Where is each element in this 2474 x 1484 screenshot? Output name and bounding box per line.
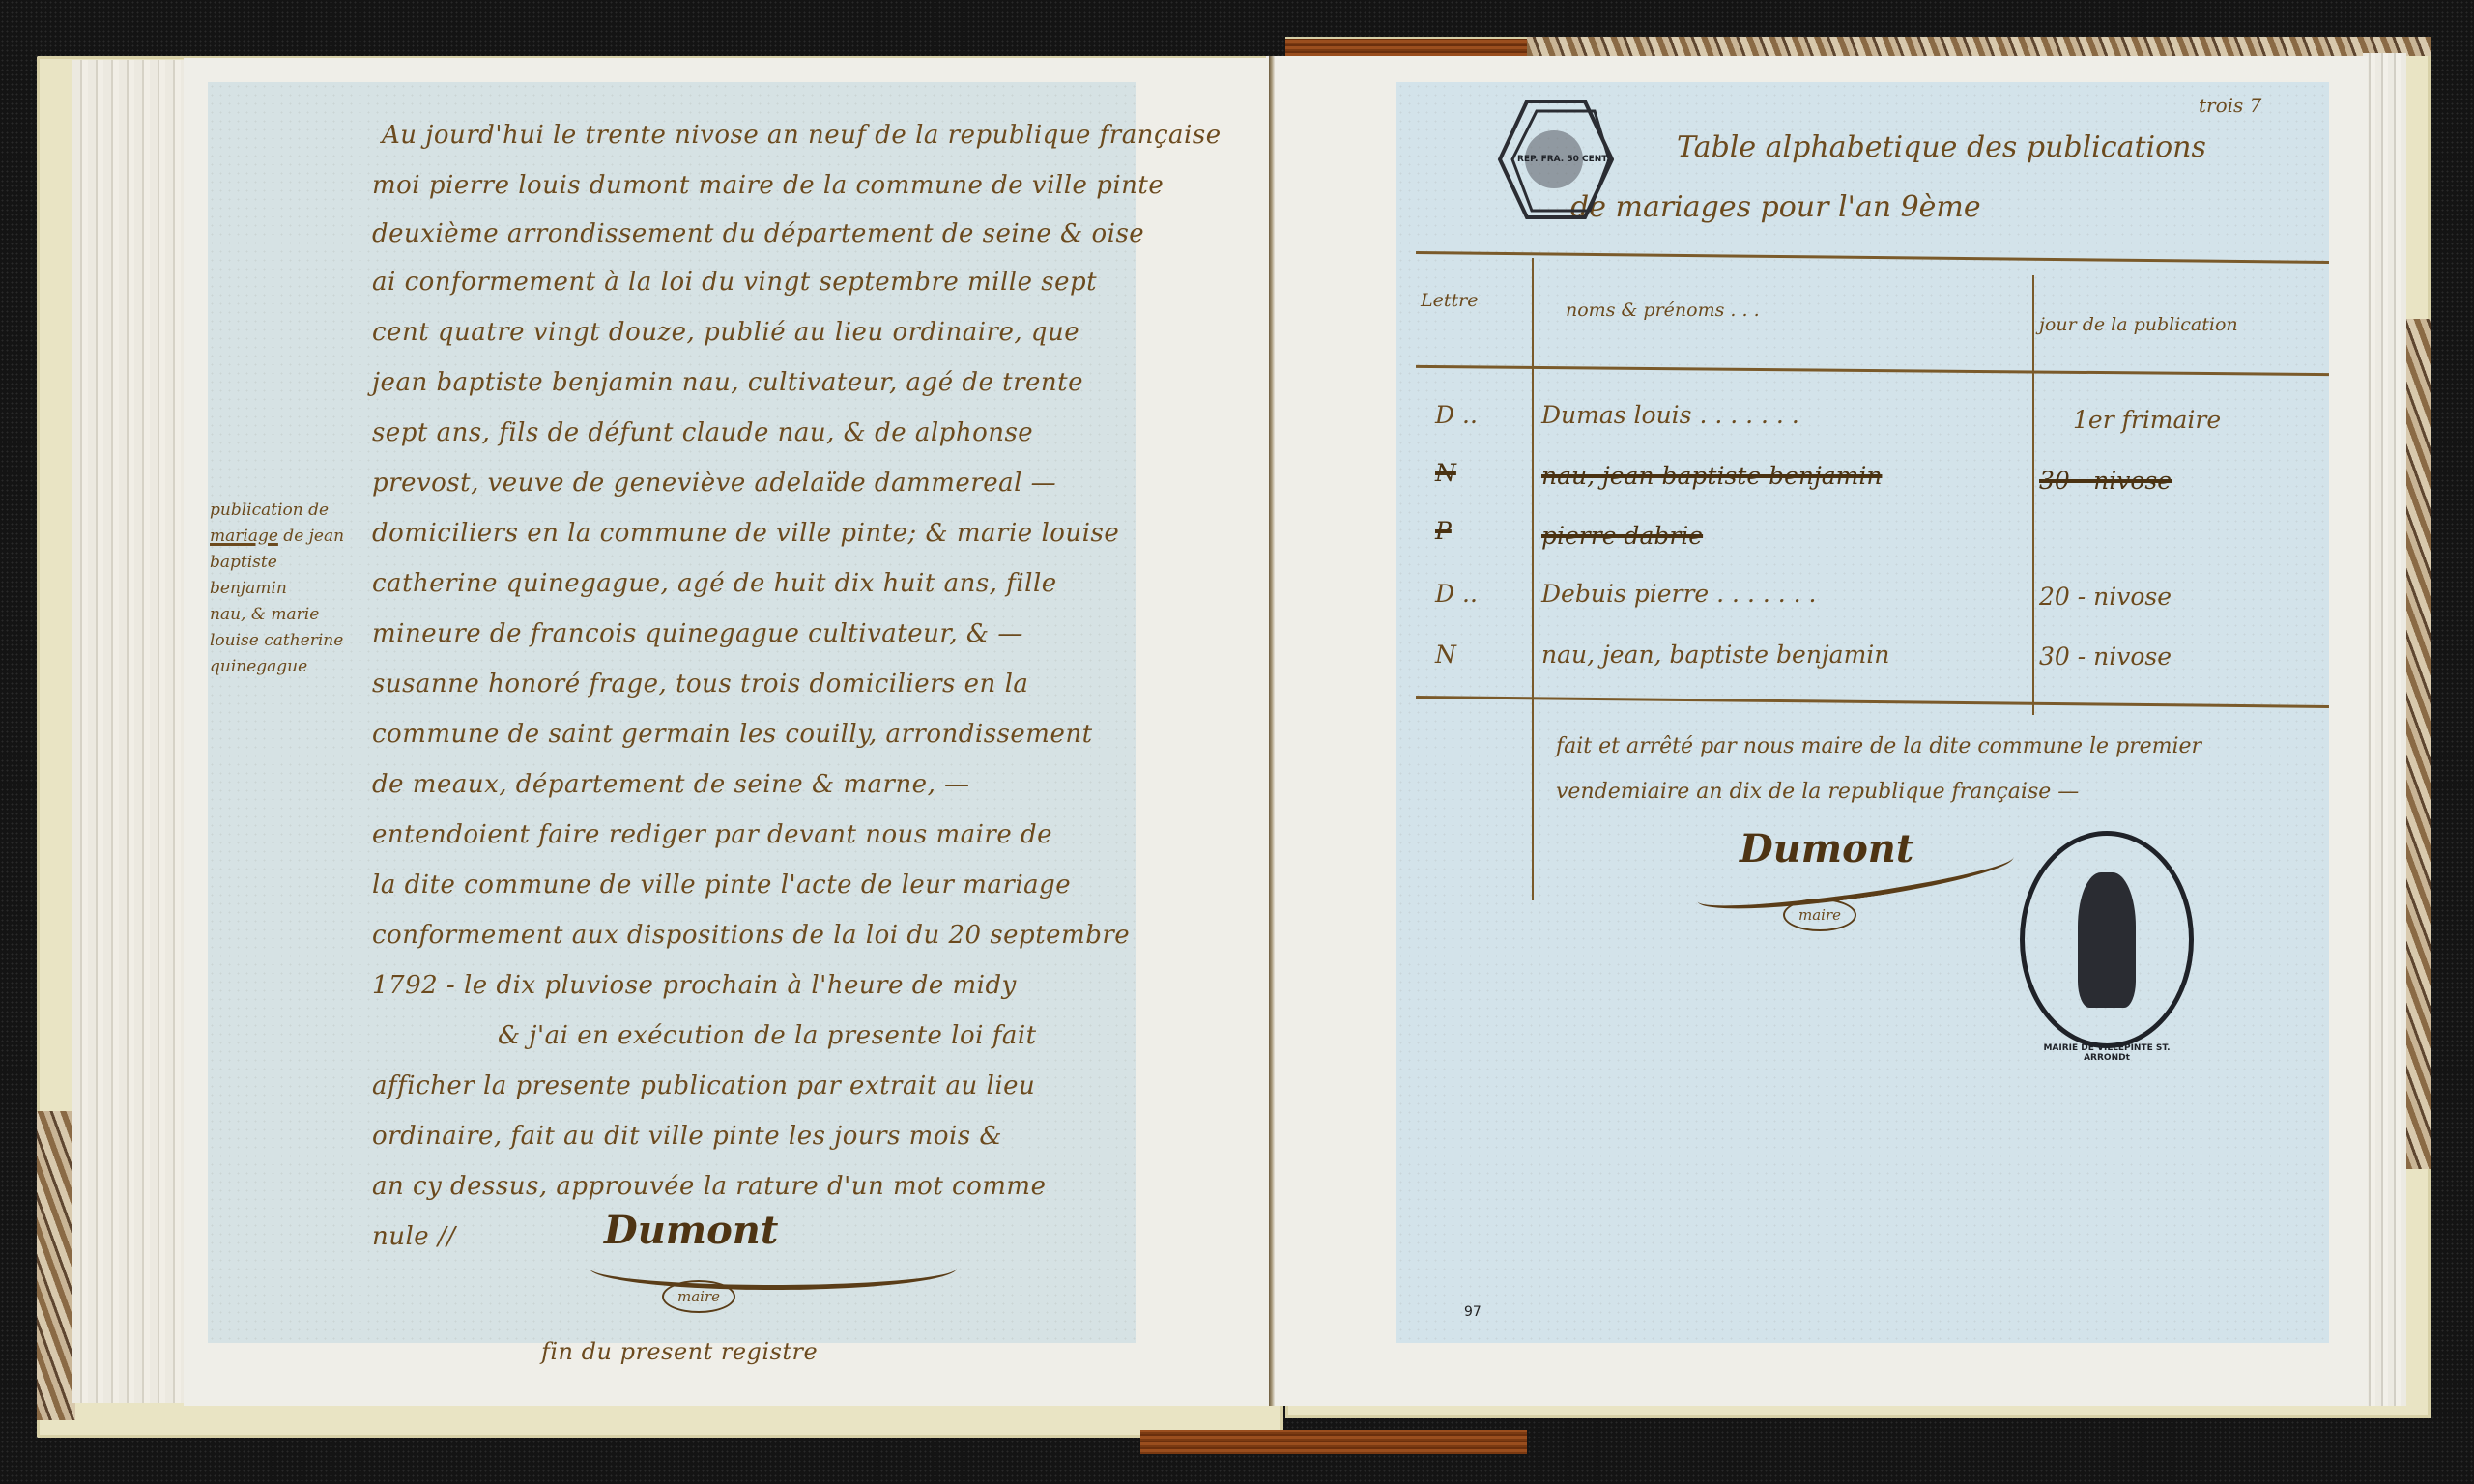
left-manuscript-sheet: Au jourd'hui le trente nivose an neuf de… [208,82,1136,1343]
page-stack-right [2363,53,2406,1406]
body-line: nule // [372,1222,455,1251]
row-date-struck: 30 - nivose [2039,467,2172,495]
row-name-struck: pierre dabrie [1541,522,1703,550]
body-line: & j'ai en exécution de la presente loi f… [498,1021,1037,1050]
body-line: prevost, veuve de geneviève adelaïde dam… [372,469,1056,498]
body-line: ai conformement à la loi du vingt septem… [372,268,1097,297]
margin-note-underlined: mariage [210,527,278,546]
margin-note-line: quinegague [210,654,355,680]
spine-leather-top [1285,39,1527,58]
seal-figure [2078,872,2136,1008]
body-line: susanne honoré frage, tous trois domicil… [372,670,1028,699]
oval-stamp-label: MAIRIE DE VILLEPINTE ST. ARRONDt [2025,1043,2189,1063]
body-line: jean baptiste benjamin nau, cultivateur,… [372,368,1083,397]
table-column-divider [1532,258,1534,900]
body-line: domiciliers en la commune de ville pinte… [372,519,1119,548]
row-letter: D .. [1435,401,1478,429]
table-rule-bottom [1416,696,2329,708]
row-name: nau, jean, baptiste benjamin [1541,641,1889,669]
marbled-edge-right [2406,319,2431,1169]
body-line: de meaux, département de seine & marne, … [372,770,970,799]
row-name: Dumas louis . . . . . . . [1541,401,1799,429]
body-line: afficher la presente publication par ext… [372,1071,1035,1100]
closing-line: fin du present registre [541,1338,818,1365]
body-line: entendoient faire rediger par devant nou… [372,820,1052,849]
body-line: sept ans, fils de défunt claude nau, & d… [372,418,1033,447]
body-line: an cy dessus, approuvée la rature d'un m… [372,1172,1046,1201]
header-letter: Lettre [1421,290,1478,311]
attestation-line: vendemiaire an dix de la republique fran… [1556,780,2079,804]
margin-note: publication de mariage de jean baptiste … [210,498,355,680]
row-date: 20 - nivose [2039,583,2172,611]
right-manuscript-sheet: trois 7 Table alphabetique des publicati… [1396,82,2329,1343]
page-number: 97 [1464,1304,1482,1320]
row-name-struck: nau, jean baptiste benjamin [1541,462,1882,490]
row-name: Debuis pierre . . . . . . . [1541,580,1816,608]
table-column-divider [2032,275,2034,715]
row-letter-struck: N [1435,459,1456,487]
attestation-line: fait et arrêté par nous maire de la dite… [1556,734,2201,758]
body-line: conformement aux dispositions de la loi … [372,921,1130,950]
mairie-seal-icon [2020,831,2194,1048]
margin-note-line: de jean [278,527,344,546]
hex-stamp-label: REP. FRA. 50 CENT. [1517,155,1609,164]
spine-leather-bottom [1140,1430,1527,1454]
margin-note-line: publication de [210,498,355,524]
body-line: Au jourd'hui le trente nivose an neuf de… [382,121,1222,150]
row-date: 30 - nivose [2039,642,2172,671]
row-letter: D .. [1435,580,1478,608]
row-date: 1er frimaire [2073,406,2221,434]
body-line: cent quatre vingt douze, publié au lieu … [372,318,1079,347]
table-rule-top [1416,251,2329,264]
body-line: catherine quinegague, agé de huit dix hu… [372,569,1057,598]
marbled-edge-top [1527,37,2431,56]
body-line: commune de saint germain les couilly, ar… [372,720,1093,749]
signature-title: maire [1783,899,1856,931]
body-line: mineure de francois quinegague cultivate… [372,619,1023,648]
signature-title: maire [662,1280,735,1313]
body-line: la dite commune de ville pinte l'acte de… [372,870,1071,899]
marbled-edge-left [37,1111,75,1420]
book-gutter [1269,56,1275,1406]
corner-note: trois 7 [2199,94,2261,117]
page-stack-left [72,60,188,1403]
document-subtitle: de mariages pour l'an 9ème [1570,190,1981,224]
document-title: Table alphabetique des publications [1677,130,2206,164]
header-date: jour de la publication [2039,314,2238,335]
margin-note-line: louise catherine [210,628,355,654]
body-line: ordinaire, fait au dit ville pinte les j… [372,1122,1002,1151]
margin-note-line: nau, & marie [210,602,355,628]
margin-note-line: baptiste benjamin [210,550,355,602]
header-names: noms & prénoms . . . [1566,300,1760,321]
body-line: deuxième arrondissement du département d… [372,219,1144,248]
signature-flourish [590,1246,957,1290]
table-rule-header [1416,365,2329,376]
row-letter-struck: P [1435,517,1452,545]
body-line: 1792 - le dix pluviose prochain à l'heur… [372,971,1017,1000]
body-line: moi pierre louis dumont maire de la comm… [372,171,1164,200]
row-letter: N [1435,641,1456,669]
